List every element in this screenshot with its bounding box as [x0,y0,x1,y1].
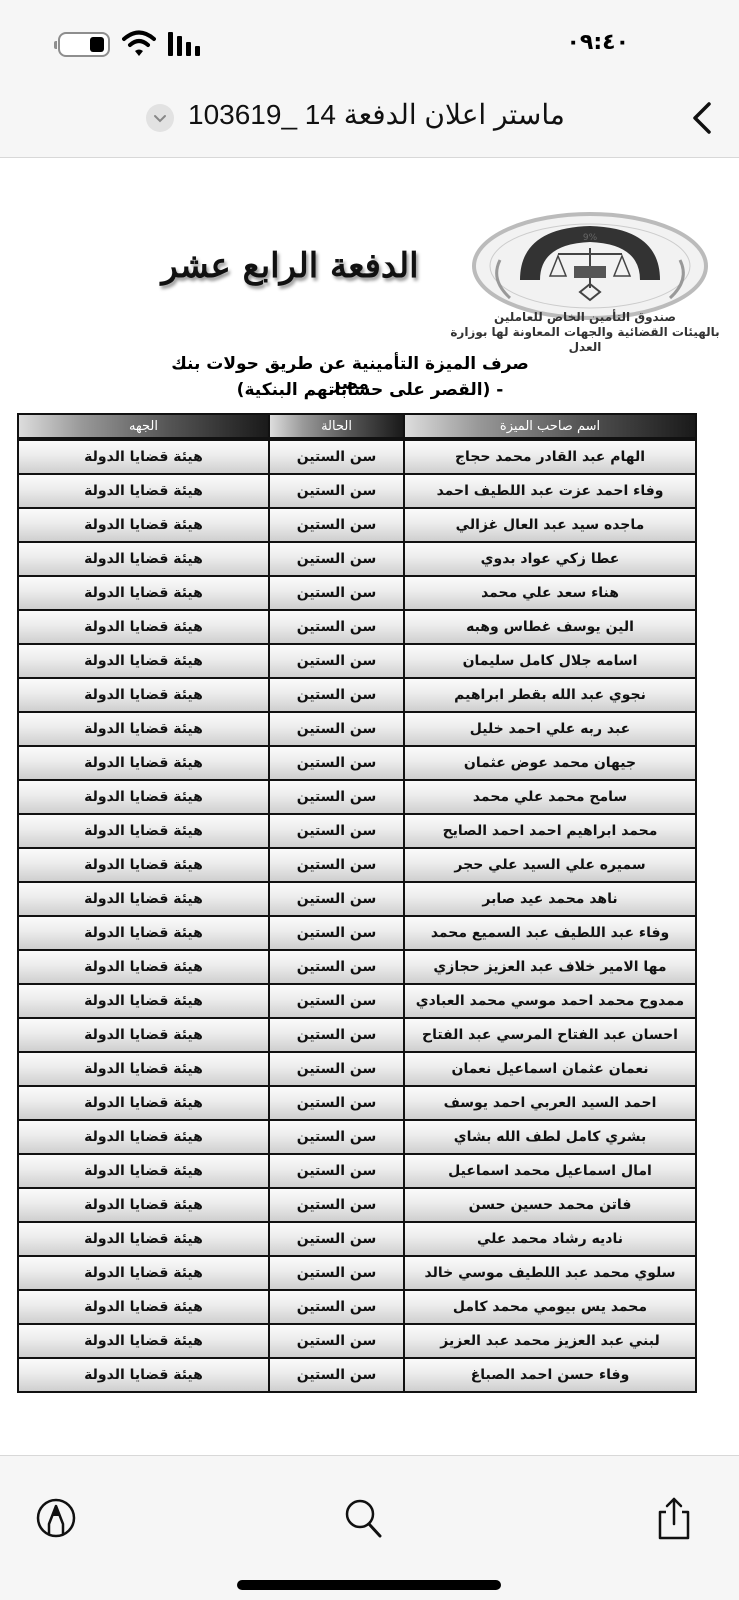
cell-status: سن الستين [268,1359,403,1391]
table-row: عبد ربه علي احمد خليلسن الستينهيئة قضايا… [19,711,695,745]
cellular-signal-icon [168,32,208,56]
bottom-toolbar [0,1455,739,1600]
status-time: ٠٩:٤٠ [566,30,629,55]
cell-status: سن الستين [268,883,403,915]
table-row: سميره علي السيد علي حجرسن الستينهيئة قضا… [19,847,695,881]
cell-name: سامح محمد علي محمد [403,781,695,813]
cell-department: هيئة قضايا الدولة [19,1155,268,1187]
cell-status: سن الستين [268,1223,403,1255]
cell-department: هيئة قضايا الدولة [19,1359,268,1391]
cell-name: عبد ربه علي احمد خليل [403,713,695,745]
cell-status: سن الستين [268,543,403,575]
cell-department: هيئة قضايا الدولة [19,849,268,881]
cell-department: هيئة قضايا الدولة [19,883,268,915]
cell-name: نعمان عثمان اسماعيل نعمان [403,1053,695,1085]
wifi-icon [122,29,156,57]
table-row: سلوي محمد عبد اللطيف موسي خالدسن الستينه… [19,1255,695,1289]
cell-department: هيئة قضايا الدولة [19,441,268,473]
cell-status: سن الستين [268,1121,403,1153]
chevron-down-icon [146,104,174,132]
cell-name: ممدوح محمد احمد موسي محمد العبادي [403,985,695,1017]
cell-department: هيئة قضايا الدولة [19,1053,268,1085]
cell-status: سن الستين [268,577,403,609]
table-row: ناهد محمد عيد صابرسن الستينهيئة قضايا ال… [19,881,695,915]
cell-name: الين يوسف غطاس وهبه [403,611,695,643]
cell-department: هيئة قضايا الدولة [19,1223,268,1255]
cell-department: هيئة قضايا الدولة [19,1189,268,1221]
cell-name: عطا زكي عواد بدوي [403,543,695,575]
table-row: جيهان محمد عوض عثمانسن الستينهيئة قضايا … [19,745,695,779]
cell-department: هيئة قضايا الدولة [19,917,268,949]
cell-name: هناء سعد علي محمد [403,577,695,609]
cell-name: فاتن محمد حسين حسن [403,1189,695,1221]
table-row: عطا زكي عواد بدويسن الستينهيئة قضايا الد… [19,541,695,575]
logo-caption: صندوق التأمين الخاص للعاملين بالهيئات ال… [450,310,720,355]
cell-name: اسامه جلال كامل سليمان [403,645,695,677]
logo-caption-line1: صندوق التأمين الخاص للعاملين [450,310,720,325]
cell-department: هيئة قضايا الدولة [19,509,268,541]
cell-status: سن الستين [268,509,403,541]
cell-name: جيهان محمد عوض عثمان [403,747,695,779]
table-row: احمد السيد العربي احمد يوسفسن الستينهيئة… [19,1085,695,1119]
cell-name: احسان عبد الفتاح المرسي عبد الفتاح [403,1019,695,1051]
share-icon[interactable] [652,1496,696,1540]
header-name: اسم صاحب الميزة [403,415,695,437]
table-row: نجوي عبد الله بقطر ابراهيمسن الستينهيئة … [19,677,695,711]
cell-status: سن الستين [268,1257,403,1289]
header-status: الحالة [268,415,403,437]
cell-status: سن الستين [268,917,403,949]
cell-status: سن الستين [268,441,403,473]
cell-department: هيئة قضايا الدولة [19,1291,268,1323]
cell-status: سن الستين [268,645,403,677]
subtitle-line2: - (القصر على حساباتهم البنكية) [210,380,530,400]
table-header: اسم صاحب الميزة الحالة الجهه [19,415,695,439]
cell-name: نجوي عبد الله بقطر ابراهيم [403,679,695,711]
cell-status: سن الستين [268,679,403,711]
cell-name: لبني عبد العزيز محمد عبد العزيز [403,1325,695,1357]
cell-status: سن الستين [268,1291,403,1323]
table-row: لبني عبد العزيز محمد عبد العزيزسن الستين… [19,1323,695,1357]
title-menu-button[interactable] [146,104,174,132]
cell-name: وفاء عبد اللطيف عبد السميع محمد [403,917,695,949]
cell-status: سن الستين [268,713,403,745]
cell-department: هيئة قضايا الدولة [19,985,268,1017]
cell-department: هيئة قضايا الدولة [19,1325,268,1357]
table-row: امال اسماعيل محمد اسماعيلسن الستينهيئة ق… [19,1153,695,1187]
cell-name: بشري كامل لطف الله بشاي [403,1121,695,1153]
status-bar: ٠٩:٤٠ [0,26,739,62]
table-row: الين يوسف غطاس وهبهسن الستينهيئة قضايا ا… [19,609,695,643]
cell-department: هيئة قضايا الدولة [19,815,268,847]
cell-name: ماجده سيد عبد العال غزالي [403,509,695,541]
cell-name: ناهد محمد عيد صابر [403,883,695,915]
table-row: فاتن محمد حسين حسنسن الستينهيئة قضايا ال… [19,1187,695,1221]
scales-of-justice-emblem: 9% [470,210,710,322]
cell-status: سن الستين [268,1325,403,1357]
top-bar: ٠٩:٤٠ ماستر اعلان الدفعة 14 _103619 [0,0,739,158]
cell-status: سن الستين [268,1019,403,1051]
cell-status: سن الستين [268,849,403,881]
cell-name: وفاء حسن احمد الصباغ [403,1359,695,1391]
markup-pen-icon[interactable] [34,1496,78,1540]
cell-department: هيئة قضايا الدولة [19,577,268,609]
cell-name: مها الامير خلاف عبد العزيز حجازي [403,951,695,983]
cell-name: محمد ابراهيم احمد احمد الصايح [403,815,695,847]
cell-status: سن الستين [268,1155,403,1187]
logo-caption-line2: بالهيئات القضائية والجهات المعاونة لها ب… [450,325,720,355]
table-row: مها الامير خلاف عبد العزيز حجازيسن الستي… [19,949,695,983]
cell-department: هيئة قضايا الدولة [19,747,268,779]
cell-status: سن الستين [268,985,403,1017]
battery-icon [58,32,110,57]
cell-department: هيئة قضايا الدولة [19,1019,268,1051]
cell-status: سن الستين [268,1053,403,1085]
cell-name: سميره علي السيد علي حجر [403,849,695,881]
table-row: محمد يس بيومي محمد كاملسن الستينهيئة قضا… [19,1289,695,1323]
table-row: ماجده سيد عبد العال غزاليسن الستينهيئة ق… [19,507,695,541]
nav-row: ماستر اعلان الدفعة 14 _103619 [0,96,739,140]
table-row: ناديه رشاد محمد عليسن الستينهيئة قضايا ا… [19,1221,695,1255]
cell-department: هيئة قضايا الدولة [19,1257,268,1289]
header-department: الجهه [19,415,268,437]
table-row: سامح محمد علي محمدسن الستينهيئة قضايا ال… [19,779,695,813]
cell-name: ناديه رشاد محمد علي [403,1223,695,1255]
svg-text:9%: 9% [583,233,598,243]
cell-department: هيئة قضايا الدولة [19,679,268,711]
table-row: بشري كامل لطف الله بشايسن الستينهيئة قضا… [19,1119,695,1153]
cell-name: وفاء احمد عزت عبد اللطيف احمد [403,475,695,507]
cell-status: سن الستين [268,1189,403,1221]
cell-name: محمد يس بيومي محمد كامل [403,1291,695,1323]
cell-name: سلوي محمد عبد اللطيف موسي خالد [403,1257,695,1289]
table-row: احسان عبد الفتاح المرسي عبد الفتاحسن الس… [19,1017,695,1051]
cell-name: امال اسماعيل محمد اسماعيل [403,1155,695,1187]
table-row: محمد ابراهيم احمد احمد الصايحسن الستينهي… [19,813,695,847]
table-row: وفاء احمد عزت عبد اللطيف احمدسن الستينهي… [19,473,695,507]
batch-heading: الدفعة الرابع عشر [155,246,425,286]
cell-status: سن الستين [268,747,403,779]
table-row: نعمان عثمان اسماعيل نعمانسن الستينهيئة ق… [19,1051,695,1085]
table-body: الهام عبد القادر محمد حجاجسن الستينهيئة … [19,439,695,1391]
chevron-left-icon[interactable] [689,100,715,136]
cell-status: سن الستين [268,475,403,507]
cell-status: سن الستين [268,781,403,813]
cell-department: هيئة قضايا الدولة [19,645,268,677]
table-row: ممدوح محمد احمد موسي محمد العباديسن الست… [19,983,695,1017]
table-row: الهام عبد القادر محمد حجاجسن الستينهيئة … [19,439,695,473]
cell-status: سن الستين [268,951,403,983]
cell-name: الهام عبد القادر محمد حجاج [403,441,695,473]
cell-department: هيئة قضايا الدولة [19,781,268,813]
cell-department: هيئة قضايا الدولة [19,611,268,643]
table-row: هناء سعد علي محمدسن الستينهيئة قضايا الد… [19,575,695,609]
table-row: وفاء حسن احمد الصباغسن الستينهيئة قضايا … [19,1357,695,1391]
cell-department: هيئة قضايا الدولة [19,1121,268,1153]
document-page: الدفعة الرابع عشر 9% صندوق التأمين الخاص… [0,158,739,1458]
search-icon[interactable] [342,1496,386,1540]
cell-department: هيئة قضايا الدولة [19,951,268,983]
cell-status: سن الستين [268,611,403,643]
cell-name: احمد السيد العربي احمد يوسف [403,1087,695,1119]
cell-department: هيئة قضايا الدولة [19,543,268,575]
cell-department: هيئة قضايا الدولة [19,475,268,507]
table-row: اسامه جلال كامل سليمانسن الستينهيئة قضاي… [19,643,695,677]
beneficiaries-table: اسم صاحب الميزة الحالة الجهه الهام عبد ا… [17,413,697,1393]
cell-status: سن الستين [268,815,403,847]
document-title[interactable]: ماستر اعلان الدفعة 14 _103619 [188,98,565,131]
table-row: وفاء عبد اللطيف عبد السميع محمدسن الستين… [19,915,695,949]
cell-status: سن الستين [268,1087,403,1119]
cell-department: هيئة قضايا الدولة [19,1087,268,1119]
home-indicator[interactable] [237,1580,501,1590]
cell-department: هيئة قضايا الدولة [19,713,268,745]
